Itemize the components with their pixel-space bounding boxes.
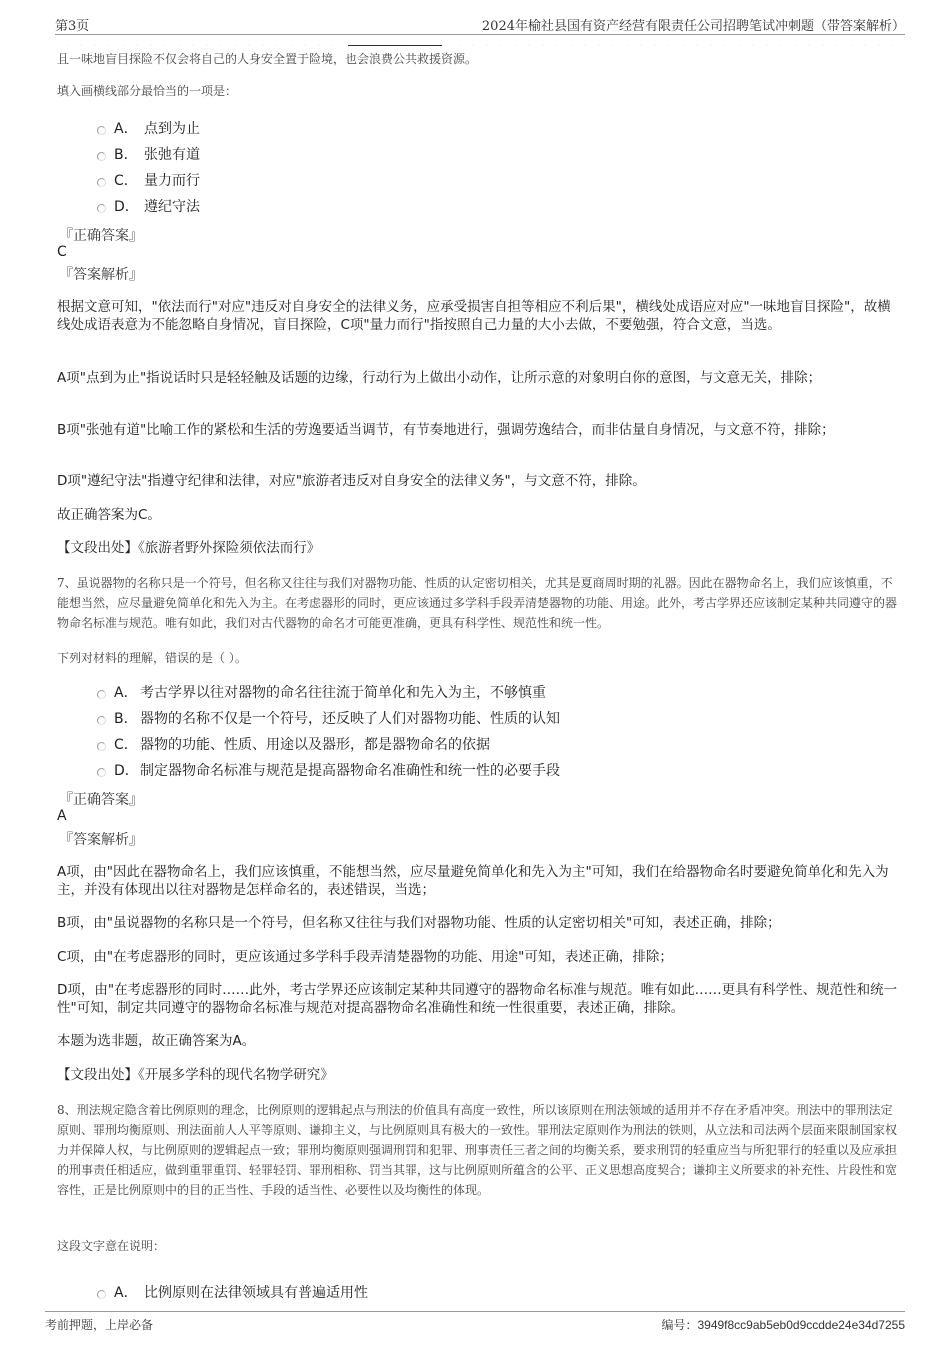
q6-option-c[interactable]: C． 量力而行 [97, 170, 200, 190]
q6-analysis-conclusion: 故正确答案为C。 [57, 506, 900, 524]
q7-analysis-paragraph: A项，由"因此在器物命名上，我们应该慎重，不能想当然，应尽量避免简单化和先入为主… [57, 863, 900, 899]
radio-button-icon[interactable] [97, 178, 106, 187]
radio-button-icon[interactable] [97, 204, 106, 213]
q6-prompt: 填入画横线部分最恰当的一项是： [57, 81, 900, 101]
page-number: 第3页 [55, 15, 89, 34]
q7-source: 【文段出处】《开展多学科的现代名物学研究》 [57, 1066, 900, 1084]
q7-option-b[interactable]: B． 器物的名称不仅是一个符号，还反映了人们对器物功能、性质的认知 [97, 708, 560, 728]
q6-analysis-paragraph: B项"张弛有道"比喻工作的紧松和生活的劳逸要适当调节，有节奏地进行，强调劳逸结合… [57, 421, 900, 439]
q6-option-b[interactable]: B． 张弛有道 [97, 144, 200, 164]
q6-analysis-paragraph: 根据文意可知，"依法而行"对应"违反对自身安全的法律义务，应承受损害自担等相应不… [57, 298, 900, 334]
q7-answer-label: 『正确答案』 [59, 789, 143, 809]
q7-analysis-paragraph: C项，由"在考虑器形的同时，更应该通过多学科手段弄清楚器物的功能、用途"可知，表… [57, 948, 900, 966]
q7-analysis-conclusion: 本题为选非题，故正确答案为A。 [57, 1032, 900, 1050]
radio-button-icon[interactable] [97, 690, 106, 699]
q7-option-a[interactable]: A． 考古学界以往对器物的命名往往流于简单化和先入为主，不够慎重 [97, 682, 546, 702]
q6-option-d[interactable]: D． 遵纪守法 [97, 196, 200, 216]
q7-answer: A [57, 808, 67, 824]
q8-option-a[interactable]: A． 比例原则在法律领域具有普遍适用性 [97, 1282, 368, 1302]
q6-analysis-paragraph: A项"点到为止"指说话时只是轻轻触及话题的边缘，行动行为上做出小动作，让所示意的… [57, 369, 900, 387]
document-id: 编号：3949f8cc9ab5eb0d9ccdde24e34d7255 [661, 1316, 905, 1333]
q6-analysis-paragraph: D项"遵纪守法"指遵守纪律和法律，对应"旅游者违反对自身安全的法律义务"，与文意… [57, 472, 900, 490]
q7-analysis-paragraph: B项，由"虽说器物的名称只是一个符号，但名称又往往与我们对器物功能、性质的认定密… [57, 914, 900, 932]
radio-button-icon[interactable] [97, 126, 106, 135]
q7-passage: 7、虽说器物的名称只是一个符号，但名称又往往与我们对器物功能、性质的认定密切相关… [57, 573, 900, 633]
q6-source: 【文段出处】《旅游者野外探险须依法而行》 [57, 539, 900, 557]
radio-button-icon[interactable] [97, 768, 106, 777]
page-footer: 考前押题，上岸必备 编号：3949f8cc9ab5eb0d9ccdde24e34… [45, 1311, 905, 1337]
q6-answer: C [57, 244, 67, 260]
footer-slogan: 考前押题，上岸必备 [45, 1316, 153, 1333]
radio-button-icon[interactable] [97, 742, 106, 751]
q6-passage-tail: 且一味地盲目探险不仅会将自己的人身安全置于险境，也会浪费公共救援资源。 [57, 49, 900, 69]
q7-analysis-label: 『答案解析』 [59, 829, 143, 849]
q7-analysis-paragraph: D项，由"在考虑器形的同时……此外，考古学界还应该制定某种共同遵守的器物命名标准… [57, 981, 900, 1017]
radio-button-icon[interactable] [97, 716, 106, 725]
q6-option-a[interactable]: A． 点到为止 [97, 118, 200, 138]
q7-prompt: 下列对材料的理解，错误的是（ ）。 [57, 648, 900, 668]
radio-button-icon[interactable] [97, 152, 106, 161]
q8-prompt: 这段文字意在说明： [57, 1236, 900, 1256]
q8-passage: 8、刑法规定隐含着比例原则的理念，比例原则的逻辑起点与刑法的价值具有高度一致性，… [57, 1100, 900, 1200]
q6-answer-label: 『正确答案』 [59, 225, 143, 245]
q7-option-c[interactable]: C． 器物的功能、性质、用途以及器形，都是器物命名的依据 [97, 734, 490, 754]
radio-button-icon[interactable] [97, 1290, 106, 1299]
document-title: 2024年榆社县国有资产经营有限责任公司招聘笔试冲刺题（带答案解析） [482, 15, 905, 34]
q7-option-d[interactable]: D． 制定器物命名标准与规范是提高器物命名准确性和统一性的必要手段 [97, 760, 560, 780]
q6-analysis-label: 『答案解析』 [59, 264, 143, 284]
fill-in-blank-underline [348, 45, 442, 46]
faint-text-remnant [60, 44, 900, 46]
page-header: 第3页 2024年榆社县国有资产经营有限责任公司招聘笔试冲刺题（带答案解析） [55, 12, 905, 35]
